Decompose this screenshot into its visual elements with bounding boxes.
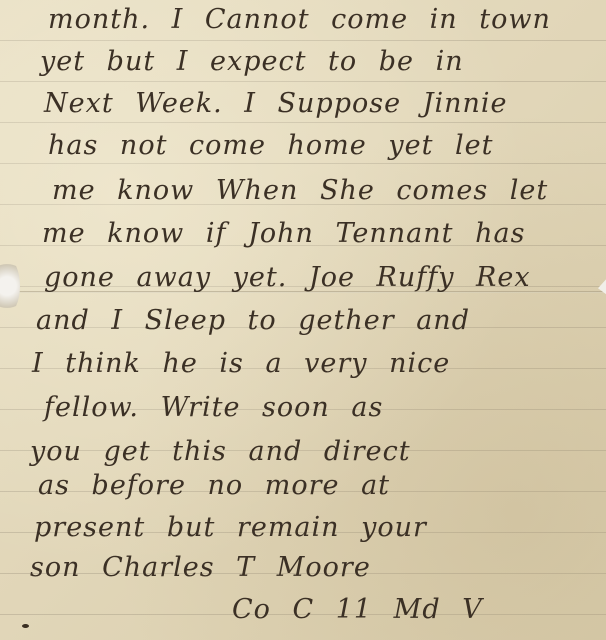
text-line: yet but I expect to be in [40, 46, 464, 77]
handwritten-text: month. I Cannot come in town yet but I e… [0, 0, 606, 640]
text-line: present but remain your [34, 512, 427, 543]
text-line: has not come home yet let [48, 130, 493, 161]
text-line: me know if John Tennant has [42, 218, 525, 249]
text-line: and I Sleep to gether and [36, 305, 470, 336]
text-line: gone away yet. Joe Ruffy Rex [44, 262, 531, 293]
text-line: as before no more at [38, 470, 390, 501]
text-line: month. I Cannot come in town [48, 4, 551, 35]
letter-page: month. I Cannot come in town yet but I e… [0, 0, 606, 640]
signature-line: son Charles T Moore [30, 552, 371, 583]
text-line: Next Week. I Suppose Jinnie [44, 88, 508, 119]
text-line: I think he is a very nice [32, 348, 450, 379]
text-line: me know When She comes let [52, 175, 548, 206]
unit-line: Co C 11 Md V [232, 594, 483, 625]
text-line: fellow. Write soon as [44, 392, 383, 423]
text-line: you get this and direct [30, 436, 411, 467]
